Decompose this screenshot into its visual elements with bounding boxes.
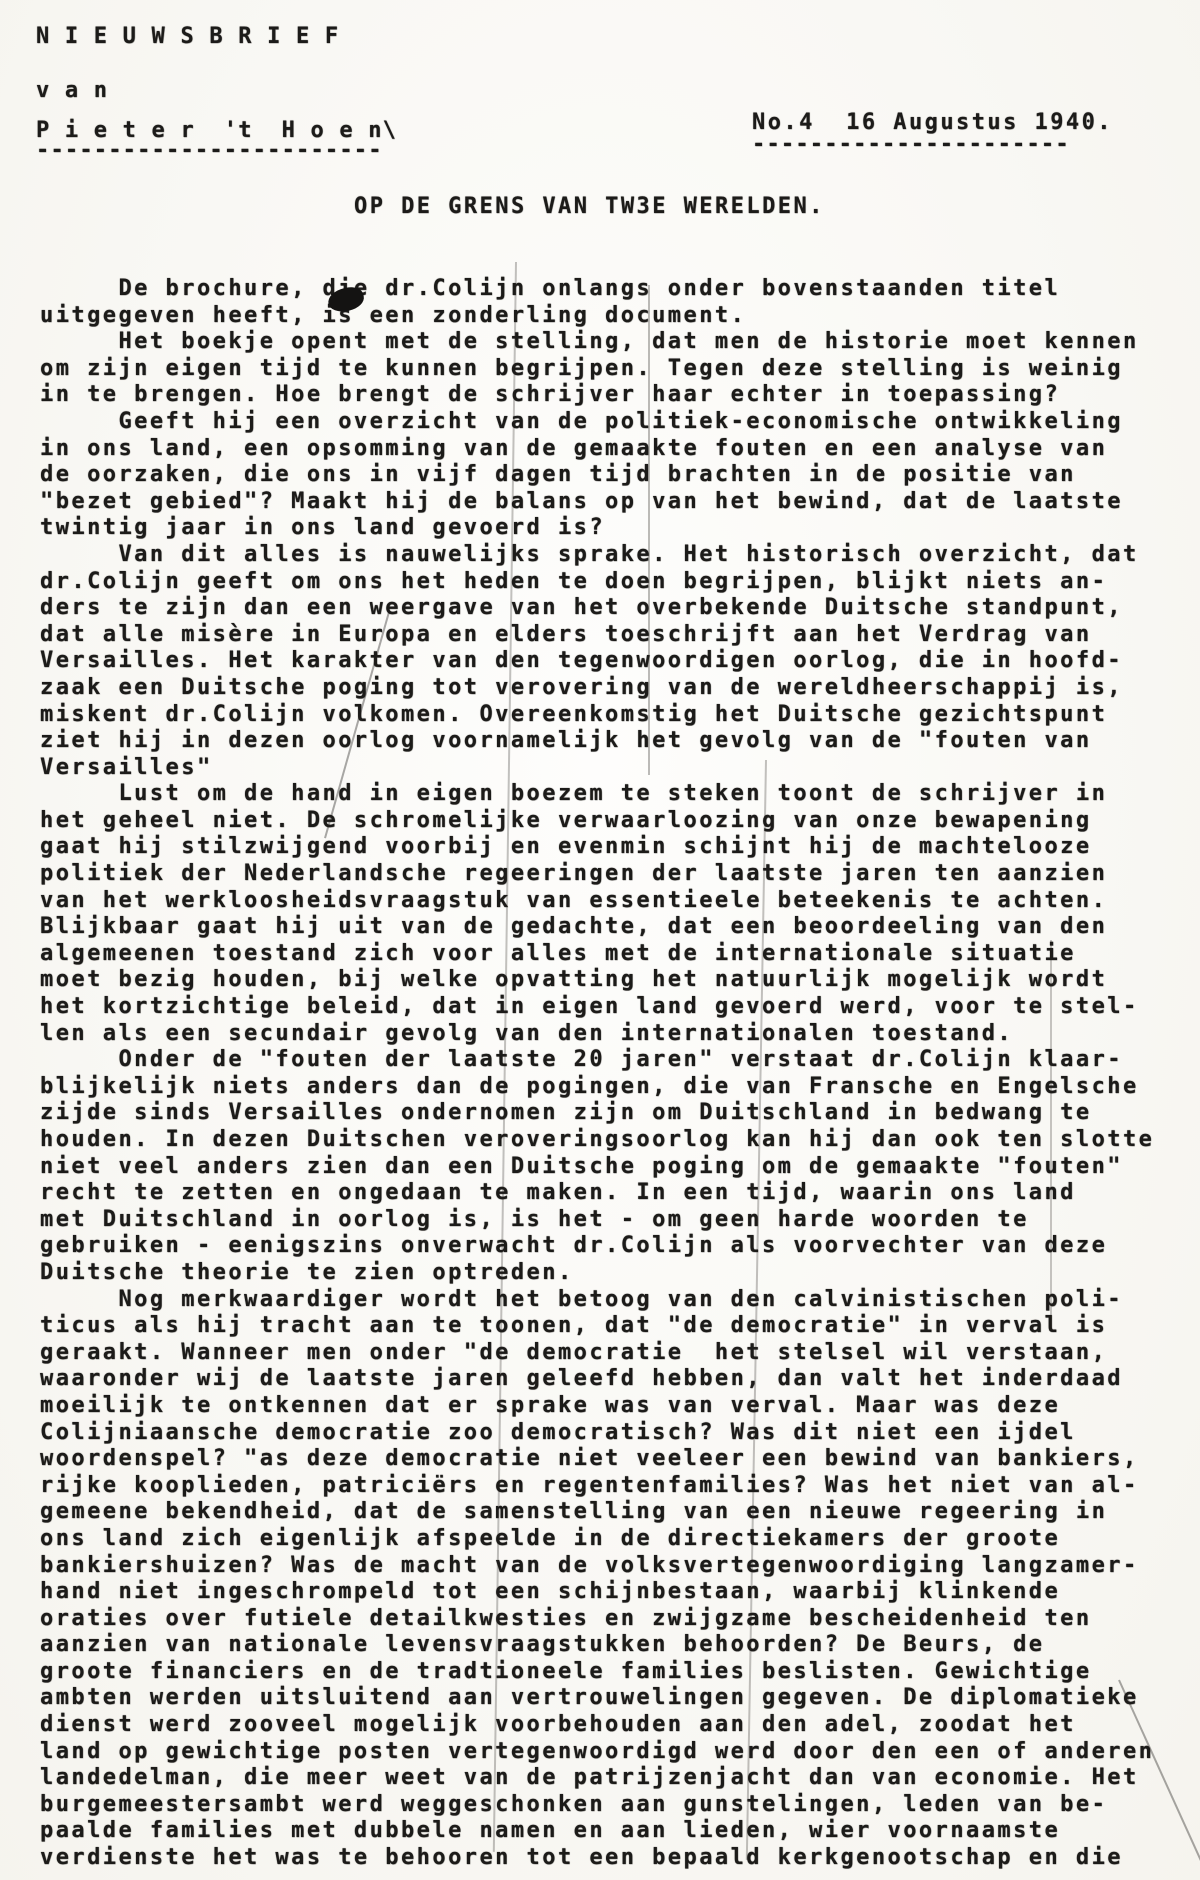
masthead-rule-right: ---------------------- <box>752 132 1070 159</box>
newsletter-title: N I E U W S B R I E F <box>36 24 339 51</box>
article-title: OP DE GRENS VAN TW3E WERELDEN. <box>354 194 825 221</box>
newsletter-subtitle: v a n <box>36 78 108 105</box>
article-body: De brochure, die dr.Colijn onlangs onder… <box>40 276 1154 1872</box>
masthead-rule-left: ------------------------ <box>36 138 383 165</box>
scanned-newsletter-page: N I E U W S B R I E F v a n P i e t e r … <box>0 0 1200 1880</box>
crease-line-4 <box>1050 940 1052 1330</box>
crease-line-2 <box>648 285 650 775</box>
